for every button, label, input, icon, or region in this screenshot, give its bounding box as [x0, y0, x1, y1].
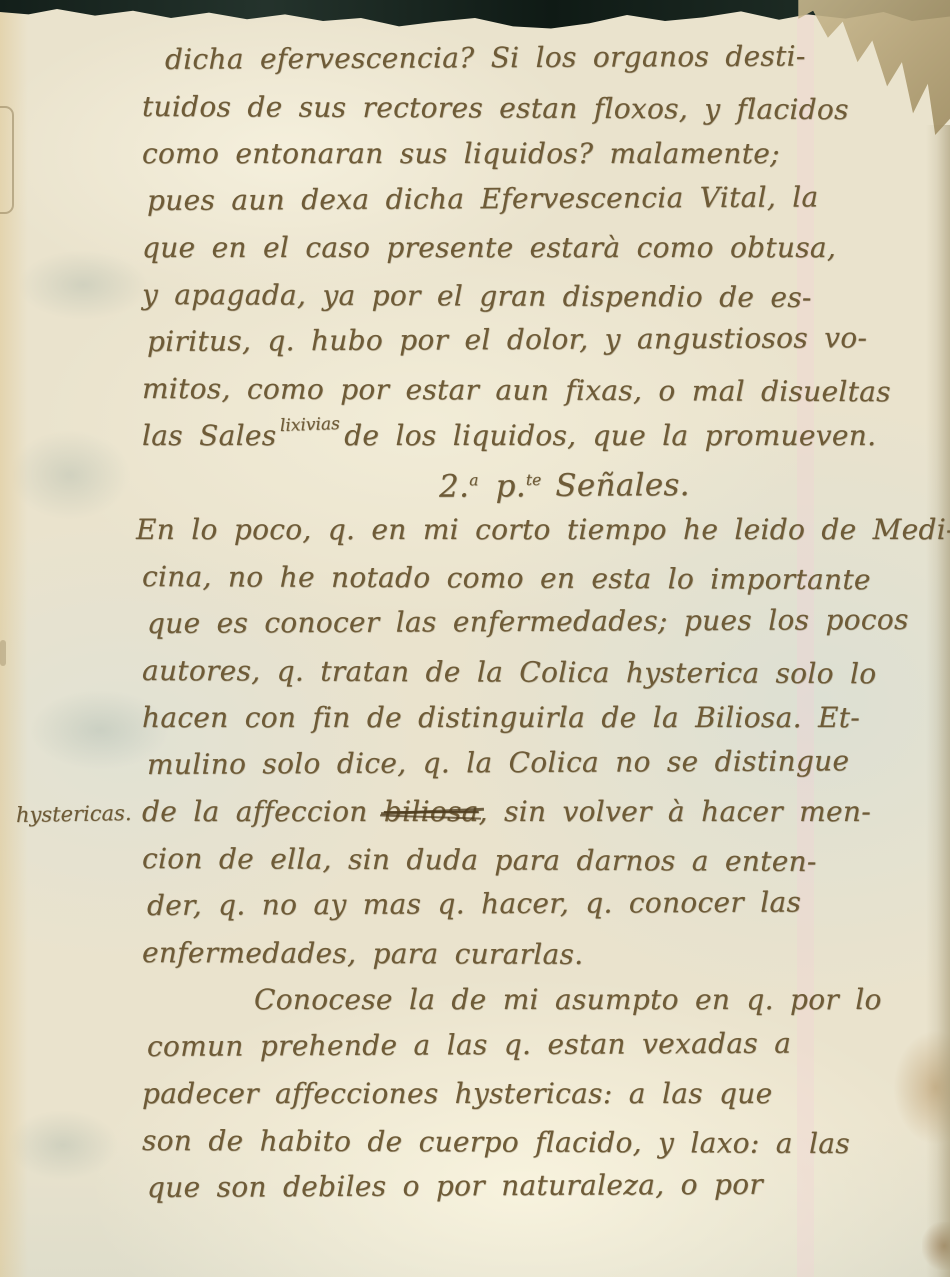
text-line: der, q. no ay mas q. hacer, q. conocer l…	[147, 878, 927, 929]
binding-stitch	[0, 106, 14, 214]
text-line: En lo poco, q. en mi corto tiempo he lei…	[136, 506, 922, 553]
deckled-edge	[926, 125, 950, 1277]
heading-number: 2.	[439, 469, 469, 505]
text-segment: las Sales	[142, 419, 276, 452]
text-line: de la affeccion biliosa, sin volver à ha…	[142, 788, 922, 835]
text-line: dicha efervescencia? Si los organos dest…	[147, 32, 927, 83]
heading-superscript: a	[469, 471, 478, 489]
text-line: comun prehende a las q. estan vexadas a	[147, 1019, 927, 1070]
margin-note: hystericas.	[16, 801, 132, 827]
heading-superscript: te	[526, 471, 542, 489]
text-line: Conocese la de mi asumpto en q. por lo	[142, 976, 922, 1023]
interlinear-insertion: lixivias	[280, 401, 341, 450]
text-line: las Saleslixiviasde los liquidos, que la…	[142, 412, 922, 459]
text-line: mulino solo dice, q. la Colica no se dis…	[147, 737, 927, 788]
manuscript-scan: hystericas. dicha efervescencia? Si los …	[0, 0, 950, 1277]
ink-bleedthrough	[10, 430, 130, 520]
text-line: mitos, como por estar aun fixas, o mal d…	[142, 365, 922, 415]
text-line: que es conocer las enfermedades; pues lo…	[147, 596, 927, 647]
text-segment: , sin volver à hacer men-	[479, 795, 871, 828]
heading-part: p.	[496, 468, 527, 504]
text-line: piritus, q. hubo por el dolor, y angusti…	[147, 314, 927, 365]
text-line: tuidos de sus rectores estan floxos, y f…	[142, 83, 922, 133]
text-line: pues aun dexa dicha Efervescencia Vital,…	[147, 173, 927, 224]
text-line: como entonaran sus liquidos? malamente;	[142, 130, 922, 177]
text-line: autores, q. tratan de la Colica hysteric…	[142, 647, 922, 697]
text-line: enfermedades, para curarlas.	[142, 929, 922, 979]
ink-bleedthrough	[8, 1110, 118, 1180]
manuscript-text: dicha efervescencia? Si los organos dest…	[142, 36, 922, 1211]
text-line: que en el caso presente estarà como obtu…	[142, 224, 922, 271]
binding-stitch	[0, 640, 6, 666]
struck-word: biliosa	[384, 795, 479, 828]
text-line: que son debiles o por naturaleza, o por	[147, 1160, 927, 1211]
ink-bleedthrough	[18, 250, 148, 320]
text-segment: de los liquidos, que la promueven.	[344, 419, 876, 452]
heading-title: Señales.	[555, 467, 690, 504]
text-line: hacen con fin de distinguirla de la Bili…	[142, 694, 922, 741]
text-segment: de la affeccion	[142, 795, 384, 828]
section-heading: 2.a p.teSeñales.	[147, 455, 927, 506]
text-line: padecer affecciones hystericas: a las qu…	[142, 1070, 922, 1117]
